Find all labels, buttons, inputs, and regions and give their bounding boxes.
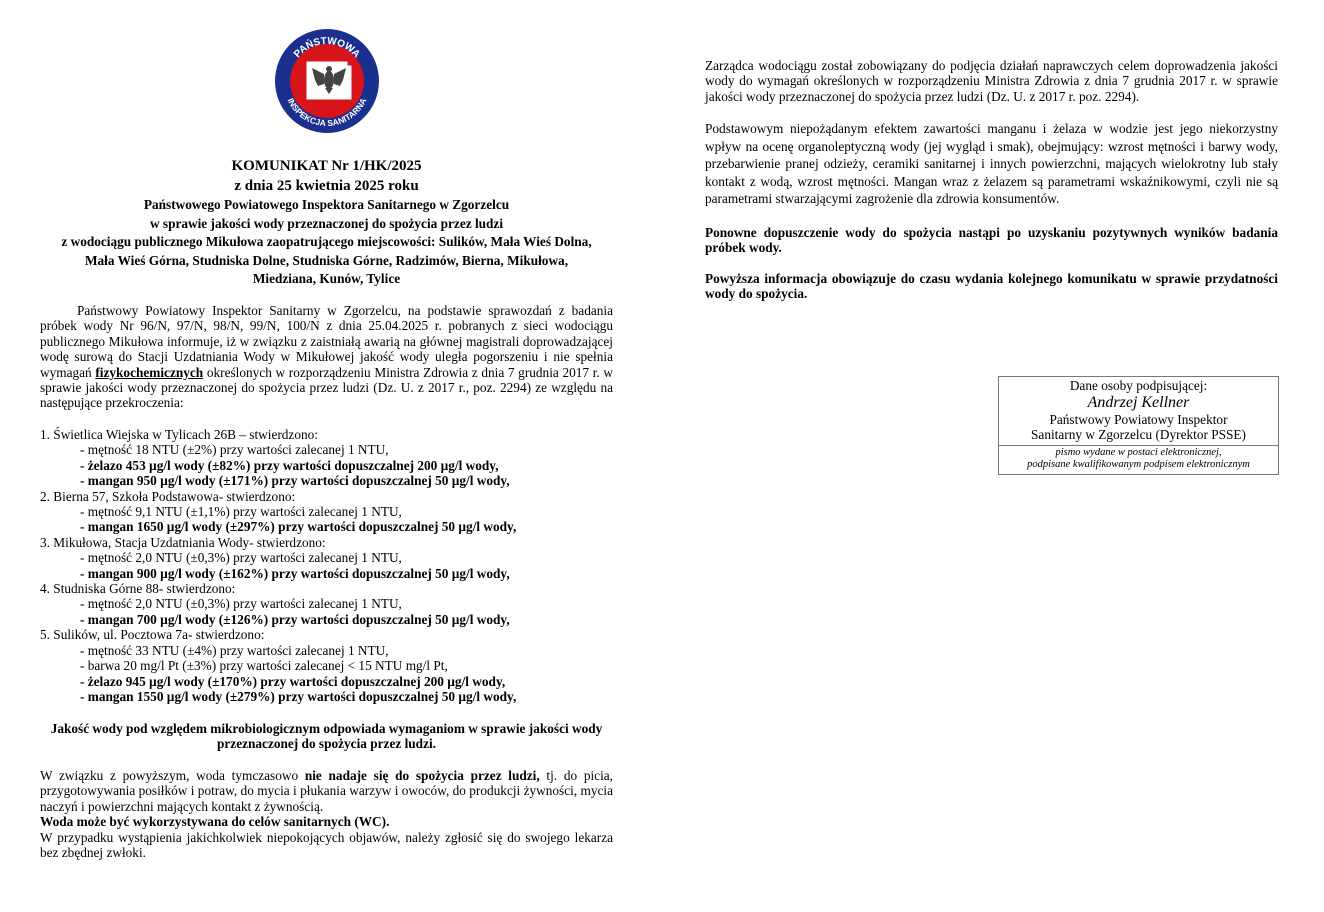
finding-item: - mangan 900 µg/l wody (±162%) przy wart… — [40, 566, 613, 581]
signer-role: Państwowy Powiatowy Inspektor — [999, 412, 1278, 428]
inspection-emblem-logo: PAŃSTWOWA INSPEKCJA SANITARNA — [272, 28, 382, 134]
signer-role: Sanitarny w Zgorzelcu (Dyrektor PSSE) — [999, 427, 1278, 443]
signer-name: Andrzej Kellner — [999, 394, 1278, 412]
finding-item: - mangan 700 µg/l wody (±126%) przy wart… — [40, 612, 613, 627]
announcement-header: KOMUNIKAT Nr 1/HK/2025 z dnia 25 kwietni… — [40, 156, 613, 289]
finding-item: - mangan 1550 µg/l wody (±279%) przy war… — [40, 689, 613, 704]
location-heading: 2. Bierna 57, Szkoła Podstawowa- stwierd… — [40, 489, 613, 504]
signature-box: Dane osoby podpisującej: Andrzej Kellner… — [998, 376, 1279, 475]
finding-item: - żelazo 453 µg/l wody (±82%) przy warto… — [40, 458, 613, 473]
intro-paragraph: Państwowy Powiatowy Inspektor Sanitarny … — [40, 303, 613, 411]
physicochemical-emphasis: fizykochemicznych — [95, 365, 203, 380]
location-heading: 4. Studniska Górne 88- stwierdzono: — [40, 581, 613, 596]
header-line: Mała Wieś Górna, Studniska Dolne, Studni… — [40, 252, 613, 271]
remediation-paragraph: Zarządca wodociągu został zobowiązany do… — [705, 58, 1278, 104]
manganese-iron-effects-paragraph: Podstawowym niepożądanym efektem zawarto… — [705, 120, 1278, 208]
finding-item: - mangan 950 µg/l wody (±171%) przy wart… — [40, 473, 613, 488]
header-line: Państwowego Powiatowego Inspektora Sanit… — [40, 196, 613, 215]
location-heading: 3. Mikułowa, Stacja Uzdatniania Wody- st… — [40, 535, 613, 550]
electronic-signature-note: pismo wydane w postaci elektronicznej, p… — [999, 445, 1278, 474]
signer-label: Dane osoby podpisującej: — [999, 378, 1278, 394]
exceedances-list: 1. Świetlica Wiejska w Tylicach 26B – st… — [40, 427, 613, 704]
not-drinkable-emphasis: nie nadaje się do spożycia przez ludzi, — [305, 768, 540, 783]
header-line: Miedziana, Kunów, Tylice — [40, 270, 613, 289]
finding-item: - żelazo 945 µg/l wody (±170%) przy wart… — [40, 674, 613, 689]
readmission-paragraph: Ponowne dopuszczenie wody do spożycia na… — [705, 225, 1278, 256]
medical-advice: W przypadku wystąpienia jakichkolwiek ni… — [40, 830, 613, 861]
location-heading: 5. Sulików, ul. Pocztowa 7a- stwierdzono… — [40, 627, 613, 642]
announcement-title: KOMUNIKAT Nr 1/HK/2025 — [40, 156, 613, 176]
finding-item: - mętność 2,0 NTU (±0,3%) przy wartości … — [40, 596, 613, 611]
announcement-date: z dnia 25 kwietnia 2025 roku — [40, 176, 613, 196]
finding-item: - mętność 2,0 NTU (±0,3%) przy wartości … — [40, 550, 613, 565]
validity-paragraph: Powyższa informacja obowiązuje do czasu … — [705, 271, 1278, 302]
finding-item: - barwa 20 mg/l Pt (±3%) przy wartości z… — [40, 658, 613, 673]
sanitary-use-note: Woda może być wykorzystywana do celów sa… — [40, 814, 613, 829]
location-heading: 1. Świetlica Wiejska w Tylicach 26B – st… — [40, 427, 613, 442]
finding-item: - mętność 18 NTU (±2%) przy wartości zal… — [40, 442, 613, 457]
finding-item: - mętność 9,1 NTU (±1,1%) przy wartości … — [40, 504, 613, 519]
finding-item: - mangan 1650 µg/l wody (±297%) przy war… — [40, 519, 613, 534]
microbiology-statement: Jakość wody pod względem mikrobiologiczn… — [40, 721, 613, 752]
header-line: z wodociągu publicznego Mikułowa zaopatr… — [40, 233, 613, 252]
header-line: w sprawie jakości wody przeznaczonej do … — [40, 215, 613, 234]
conclusion-block: W związku z powyższym, woda tymczasowo n… — [40, 768, 613, 860]
finding-item: - mętność 33 NTU (±4%) przy wartości zal… — [40, 643, 613, 658]
conclusion-paragraph: W związku z powyższym, woda tymczasowo n… — [40, 768, 613, 814]
